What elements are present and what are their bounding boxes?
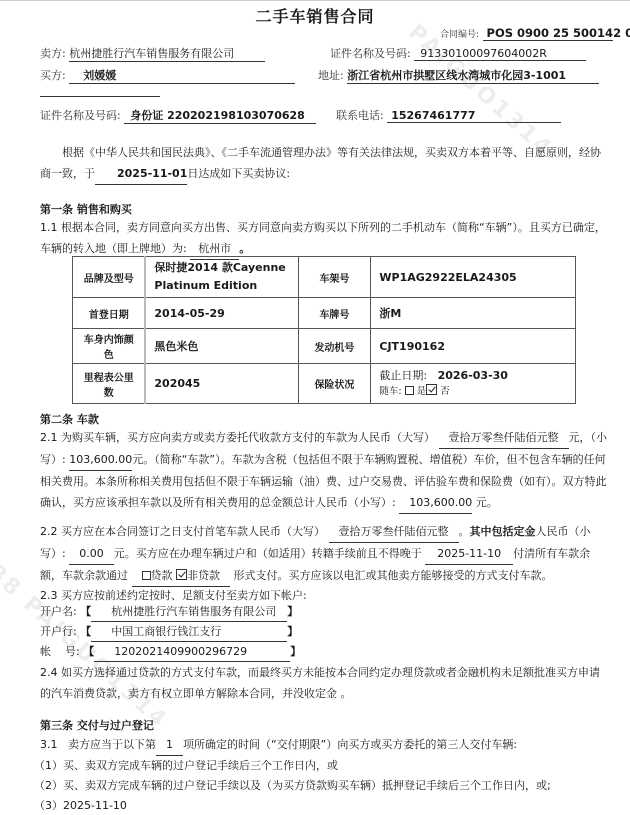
expiry-date: 2026-03-30 bbox=[438, 369, 508, 382]
loan-label: 贷款 bbox=[151, 569, 173, 582]
contract-number: 合同编号: POS 0900 25 500142 001 bbox=[440, 26, 613, 41]
article1-para: 1.1 根据本合同，卖方同意向买方出售、买方同意向卖方购买以下所列的二手机动车（… bbox=[40, 217, 608, 260]
contract-no-value: POS 0900 25 500142 001 bbox=[483, 26, 613, 41]
insurance-cell: 截止日期: 2026-03-30 随车: 是 否 bbox=[371, 364, 576, 404]
vehicle-info-table: 品牌及型号 保时捷2014 款Cayenne Platinum Edition … bbox=[72, 256, 576, 404]
p21-text: 2.1 为购买车辆，买方应向卖方或卖方委托代收款方支付的车款为人民币（大写） bbox=[40, 431, 435, 444]
delivery-date: 2025-11-10 bbox=[63, 795, 127, 815]
first-reg-label: 首登日期 bbox=[73, 298, 146, 329]
p31-text-b: 项所确定的时间（“交付期限”）向买方或买方委托的第三人交付车辆: bbox=[183, 738, 517, 751]
contract-no-label: 合同编号: bbox=[440, 30, 479, 40]
document-title: 二手车销售合同 bbox=[0, 4, 630, 27]
preamble-text-end: 日达成如下买卖协议: bbox=[187, 167, 290, 180]
plate-label: 车牌号 bbox=[298, 298, 371, 329]
delivery-option-1: （1）买、卖双方完成车辆的过户登记手续后三个工作日内，或 bbox=[34, 755, 602, 776]
color-value: 黑色米色 bbox=[145, 329, 298, 364]
insurance-label: 保险状况 bbox=[298, 364, 371, 404]
p31-text: 3.1 卖方应当于以下第 bbox=[40, 738, 156, 751]
address-continuation-line bbox=[40, 96, 160, 97]
article3-heading: 第三条 交付与过户登记 bbox=[40, 715, 608, 736]
address-row: 地址: 浙江省杭州市拱墅区线水湾城市化园3-1001 bbox=[318, 67, 599, 84]
table-row: 首登日期 2014-05-29 车牌号 浙M bbox=[73, 298, 576, 329]
address-value: 浙江省杭州市拱墅区线水湾城市化园3-1001 bbox=[347, 67, 599, 84]
no-checkbox-checked[interactable] bbox=[426, 384, 437, 395]
buyer-row: 买方: 刘媛媛 bbox=[40, 67, 295, 84]
seller-value: 杭州捷胜行汽车销售服务有限公司 bbox=[69, 45, 265, 62]
account-no-value: 1202021409900296729 bbox=[94, 643, 290, 662]
engine-value: CJT190162 bbox=[371, 329, 576, 364]
buyer-id-value: 身份证 220202198103070628 bbox=[124, 107, 316, 124]
loan-checkbox[interactable] bbox=[142, 571, 151, 580]
expiry-label: 截止日期: bbox=[379, 369, 427, 382]
account-name-row: 开户名: 【杭州捷胜行汽车销售服务有限公司】 bbox=[40, 603, 298, 622]
bank-row: 开户行: 【中国工商银行钱江支行】 bbox=[40, 623, 298, 642]
deposit-amount: 0.00 bbox=[69, 543, 114, 565]
address-label: 地址: bbox=[318, 69, 344, 82]
buyer-id-number: 220202198103070628 bbox=[167, 109, 305, 122]
no-label: 否 bbox=[440, 386, 450, 397]
first-payment-words: 壹拾万零叁仟陆佰元整 bbox=[329, 521, 459, 543]
article2-2: 2.2 买方应在本合同签订之日支付首笔车款人民币（大写） 壹拾万零叁仟陆佰元整。… bbox=[40, 521, 608, 587]
p21-text-d: 元。 bbox=[476, 496, 498, 509]
engine-label: 发动机号 bbox=[298, 329, 371, 364]
buyer-label: 买方: bbox=[40, 69, 66, 82]
account-no-row: 帐 号: 【1202021409900296729】 bbox=[40, 643, 301, 662]
table-row: 里程表公里数 202045 保险状况 截止日期: 2026-03-30 随车: … bbox=[73, 364, 576, 404]
brand-value: 保时捷2014 款Cayenne Platinum Edition bbox=[145, 257, 298, 298]
seller-id-label: 证件名称及号码: bbox=[330, 47, 411, 60]
article2-1: 2.1 为购买车辆，买方应向卖方或卖方委托代收款方支付的车款为人民币（大写） 壹… bbox=[40, 427, 608, 514]
plate-value: 浙M bbox=[371, 298, 576, 329]
payment-method: 贷款 非贷款 bbox=[132, 565, 231, 587]
phone-value: 15267461777 bbox=[387, 109, 561, 123]
p22-text: 2.2 买方应在本合同签订之日支付首笔车款人民币（大写） bbox=[40, 525, 325, 538]
account-no-label: 帐 号: bbox=[40, 645, 80, 658]
buyer-id-row: 证件名称及号码: 身份证 220202198103070628 bbox=[40, 107, 316, 124]
insurance-with-car: 随车: 是 否 bbox=[379, 384, 567, 400]
buyer-value: 刘媛媛 bbox=[69, 67, 295, 84]
vin-value: WP1AG2922ELA24305 bbox=[371, 257, 576, 298]
account-name-value: 杭州捷胜行汽车销售服务有限公司 bbox=[91, 603, 287, 622]
p22-text-b: 。 bbox=[459, 525, 470, 538]
delivery-option-3: （3）2025-11-10 bbox=[34, 795, 602, 815]
yes-label: 是 bbox=[417, 386, 427, 397]
seller-label: 卖方: bbox=[40, 47, 66, 60]
total-amount: 103,600.00 bbox=[399, 492, 472, 514]
non-loan-checkbox-checked[interactable] bbox=[176, 569, 187, 580]
contract-page: PAIGUO1314 38 PAIGUO1314 二手车销售合同 合同编号: P… bbox=[0, 0, 630, 815]
seller-id-value: 91330100097604002R bbox=[414, 47, 586, 61]
price-in-words: 壹拾万零叁仟陆佰元整 bbox=[439, 427, 569, 449]
mileage-value: 202045 bbox=[145, 364, 298, 404]
delivery-option-2: （2）买、卖双方完成车辆的过户登记手续以及（为买方贷款购买车辆）抵押登记手续后三… bbox=[34, 775, 602, 796]
table-row: 品牌及型号 保时捷2014 款Cayenne Platinum Edition … bbox=[73, 257, 576, 298]
balance-deadline: 2025-11-10 bbox=[425, 543, 513, 565]
article3-1: 3.1 卖方应当于以下第1项所确定的时间（“交付期限”）向买方或买方委托的第三人… bbox=[40, 734, 608, 756]
p22-text-d: 元。买方应在办理车辆过户和（如适用）转籍手续前且不得晚于 bbox=[114, 547, 422, 560]
article1-text: 1.1 根据本合同，卖方同意向买方出售、买方同意向卖方购买以下所列的二手机动车（… bbox=[40, 221, 606, 255]
price-number: 103,600.00 bbox=[69, 449, 132, 471]
non-loan-label: 非贷款 bbox=[187, 569, 220, 582]
phone-label: 联系电话: bbox=[336, 109, 384, 122]
top-border bbox=[0, 0, 630, 1]
color-label: 车身内饰颜色 bbox=[73, 329, 146, 364]
insurance-expiry: 截止日期: 2026-03-30 bbox=[379, 368, 567, 384]
article1-end: 。 bbox=[239, 242, 250, 255]
agreement-date: 2025-11-01 bbox=[95, 163, 187, 185]
article2-4: 2.4 如买方选择通过贷款的方式支付车款，而最终买方未能按本合同约定办理贷款或者… bbox=[40, 662, 608, 704]
mileage-label: 里程表公里数 bbox=[73, 364, 146, 404]
vin-label: 车架号 bbox=[298, 257, 371, 298]
brand-label: 品牌及型号 bbox=[73, 257, 146, 298]
delivery-item-number: 1 bbox=[156, 734, 183, 756]
buyer-id-type: 身份证 bbox=[130, 109, 163, 122]
deposit-included-label: 其中包括定金 bbox=[470, 525, 536, 538]
seller-id-row: 证件名称及号码: 91330100097604002R bbox=[330, 45, 586, 61]
with-car-label: 随车: bbox=[379, 386, 401, 397]
yes-checkbox[interactable] bbox=[405, 386, 414, 395]
first-reg-value: 2014-05-29 bbox=[145, 298, 298, 329]
phone-row: 联系电话: 15267461777 bbox=[336, 107, 561, 123]
account-name-label: 开户名: bbox=[40, 605, 77, 618]
seller-row: 卖方: 杭州捷胜行汽车销售服务有限公司 bbox=[40, 45, 265, 62]
option3-prefix: （3） bbox=[34, 799, 63, 812]
preamble: 根据《中华人民共和国民法典》、《二手车流通管理办法》等有关法律法规，买卖双方本着… bbox=[40, 142, 608, 185]
bank-label: 开户行: bbox=[40, 625, 77, 638]
p22-text-f: 形式支付。买方应该以电汇或其他卖方能够接受的方式支付车款。 bbox=[234, 569, 553, 582]
bank-value: 中国工商银行钱江支行 bbox=[91, 623, 287, 642]
table-row: 车身内饰颜色 黑色米色 发动机号 CJT190162 bbox=[73, 329, 576, 364]
buyer-id-label: 证件名称及号码: bbox=[40, 109, 121, 122]
